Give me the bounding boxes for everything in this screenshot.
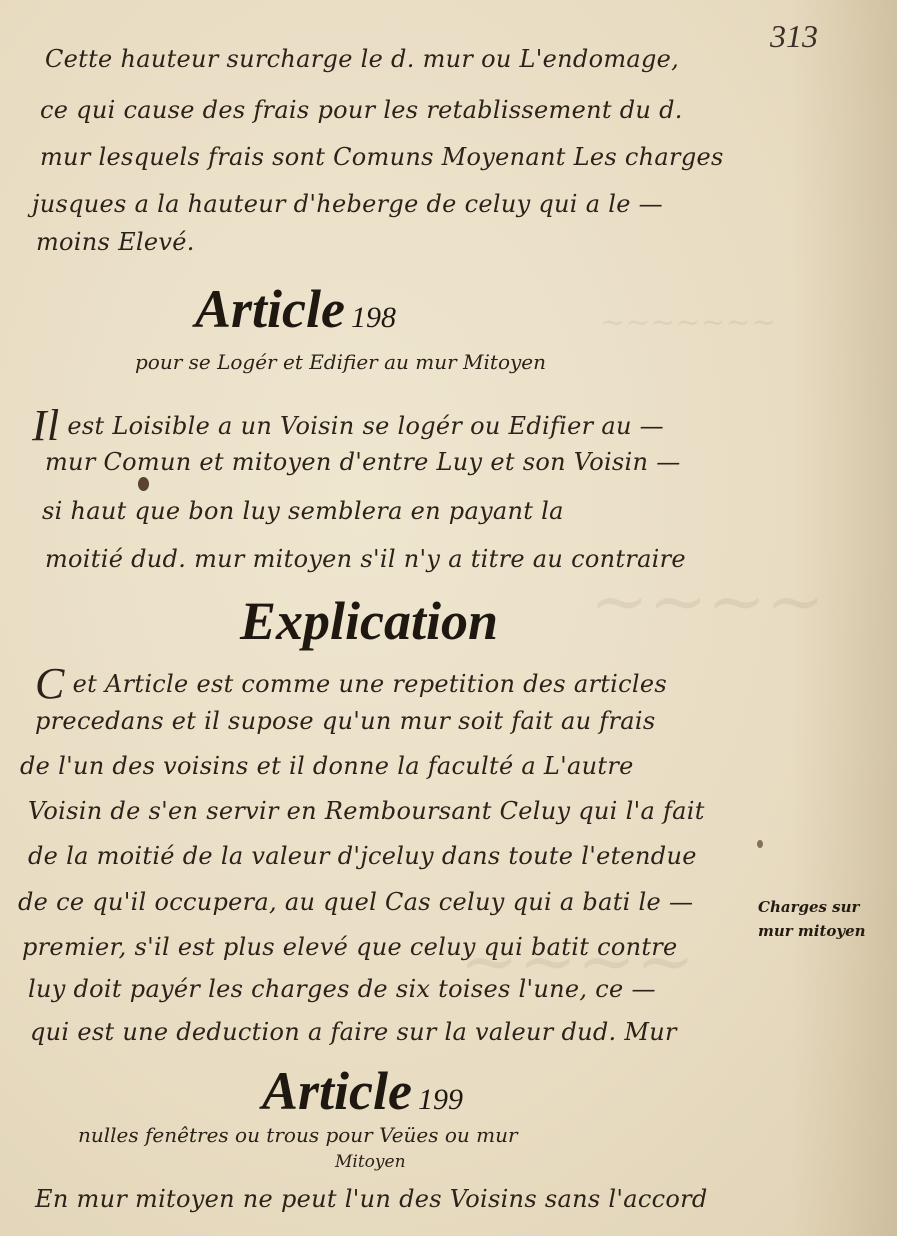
- ink-dot: [757, 840, 763, 848]
- text-line: mur lesquels frais sont Comuns Moyenant …: [40, 143, 724, 171]
- text-line: luy doit payér les charges de six toises…: [28, 975, 656, 1003]
- article-heading: Article198: [195, 278, 396, 340]
- article-subtitle: Mitoyen: [335, 1152, 406, 1172]
- article-subtitle: nulles fenêtres ou trous pour Veües ou m…: [78, 1123, 518, 1147]
- text-line: de ce qu'il occupera, au quel Cas celuy …: [18, 888, 693, 916]
- drop-cap: C: [35, 659, 65, 708]
- text-line: jusques a la hauteur d'heberge de celuy …: [32, 190, 663, 218]
- bleed-through-text: ~~~~~~~: [600, 305, 776, 340]
- text-line: Il est Loisible a un Voisin se logér ou …: [32, 400, 664, 451]
- text-line: moitié dud. mur mitoyen s'il n'y a titre…: [45, 545, 686, 573]
- text-line: En mur mitoyen ne peut l'un des Voisins …: [35, 1185, 708, 1213]
- explication-heading: Explication: [240, 590, 498, 652]
- article-heading: Article199: [262, 1060, 463, 1122]
- text-line: qui est une deduction a faire sur la val…: [30, 1018, 677, 1046]
- text-line: Voisin de s'en servir en Remboursant Cel…: [28, 797, 705, 825]
- text-line: ce qui cause des frais pour les retablis…: [40, 96, 683, 124]
- text-line: Cette hauteur surcharge le d. mur ou L'e…: [45, 45, 679, 73]
- ink-blot: [138, 477, 149, 491]
- margin-note: Charges sur mur mitoyen: [758, 895, 893, 943]
- drop-cap: Il: [32, 401, 59, 450]
- article-title: Article: [262, 1061, 412, 1121]
- text-line: precedans et il supose qu'un mur soit fa…: [35, 707, 655, 735]
- article-number: 199: [418, 1083, 463, 1116]
- article-number: 198: [351, 301, 396, 334]
- text-line: C et Article est comme une repetition de…: [35, 658, 667, 709]
- text-line: moins Elevé.: [36, 228, 195, 256]
- text-line: de la moitié de la valeur d'jceluy dans …: [28, 842, 697, 870]
- text-line: de l'un des voisins et il donne la facul…: [20, 752, 634, 780]
- article-subtitle: pour se Logér et Edifier au mur Mitoyen: [135, 350, 546, 374]
- page-number: 313: [770, 18, 818, 55]
- manuscript-page: ~~~~~~~ ~~~~ ~~~~ 313 Cette hauteur surc…: [0, 0, 897, 1236]
- text-line: si haut que bon luy semblera en payant l…: [42, 497, 564, 525]
- text-line: mur Comun et mitoyen d'entre Luy et son …: [45, 448, 681, 476]
- text-line: premier, s'il est plus elevé que celuy q…: [22, 933, 678, 961]
- article-title: Article: [195, 279, 345, 339]
